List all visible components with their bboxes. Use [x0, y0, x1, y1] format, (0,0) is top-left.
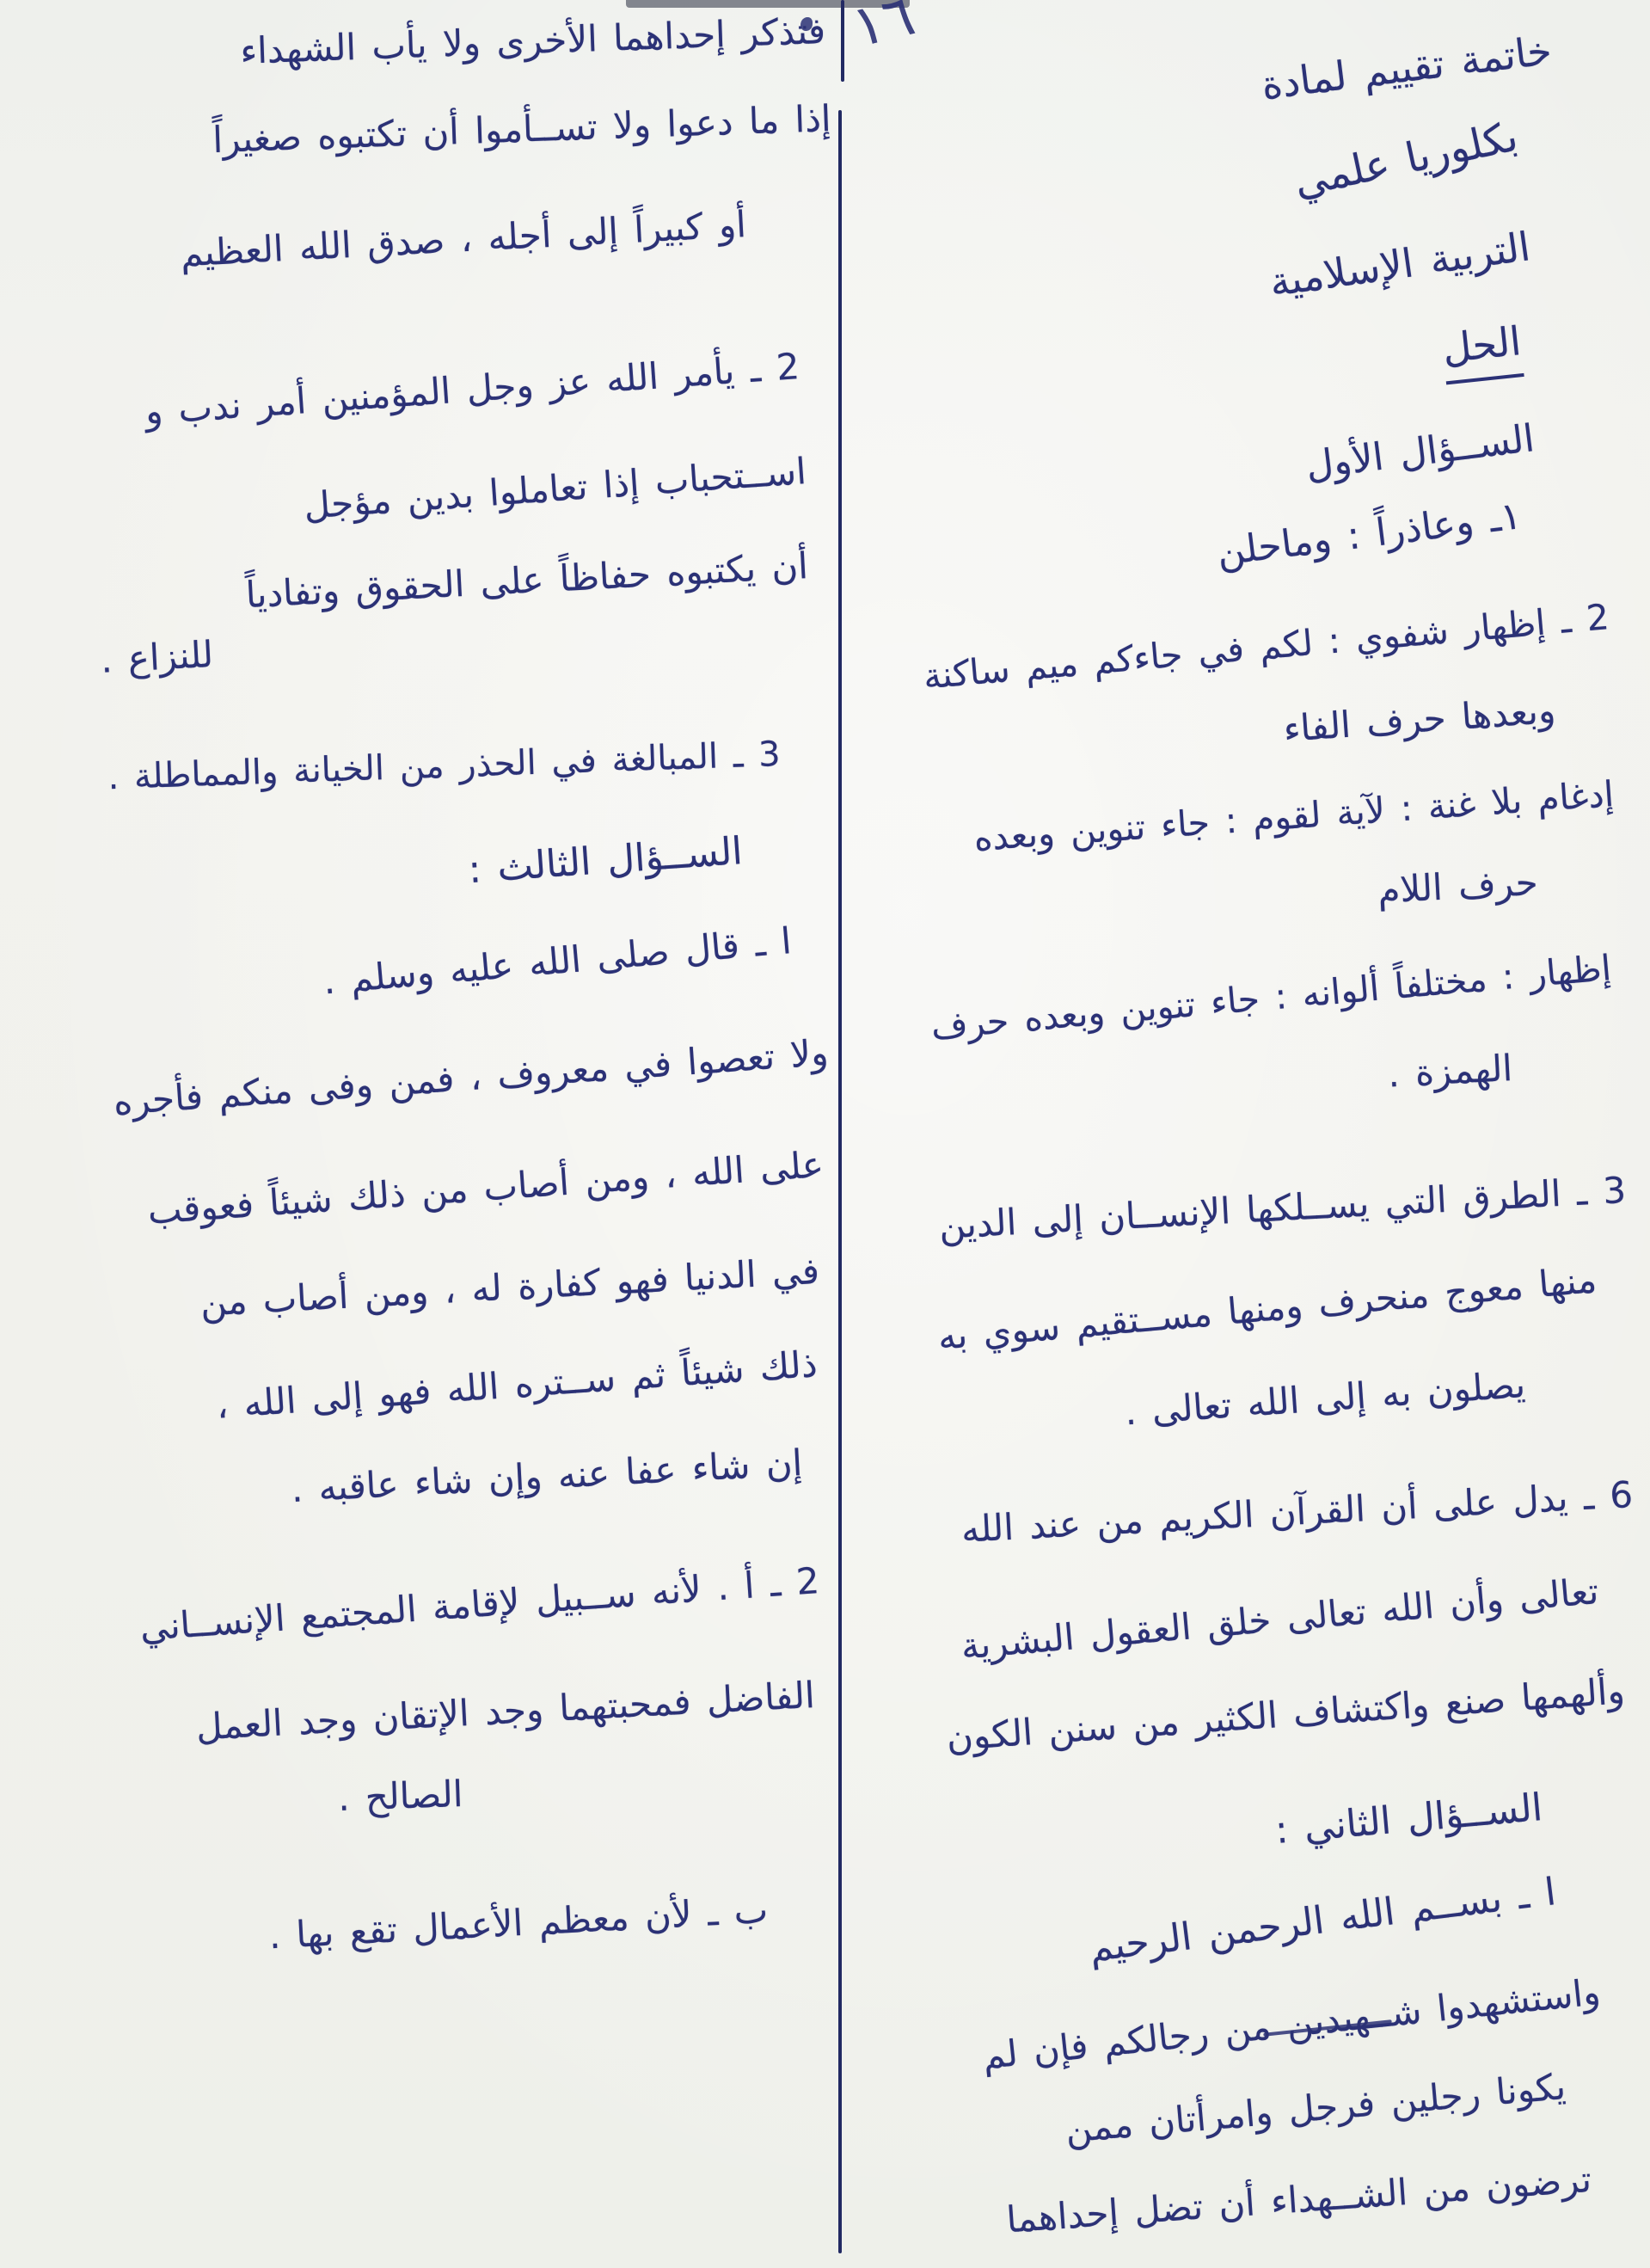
handwritten-line: إذا ما دعوا ولا تســأموا أن تكتبوه صغيرا… [212, 96, 831, 163]
handwritten-line: ذلك شيئاً ثم ســتره الله فهو إلى الله ، [215, 1342, 819, 1429]
handwritten-line: ترضون من الشــهداء أن تضل إحداهما [1005, 2157, 1593, 2243]
handwritten-line: على الله ، ومن أصاب من ذلك شيئاً فعوقب [146, 1142, 825, 1234]
handwritten-line: إظهار : مختلفاً ألوانه : جاء تنوين وبعده… [929, 946, 1613, 1049]
handwritten-line: ولا تعصوا في معروف ، فمن وفى منكم فأجره [112, 1030, 830, 1125]
handwritten-line: 2 ـ يأمر الله عز وجل المؤمنين أمر ندب و [144, 344, 800, 435]
handwritten-line: الهمزة . [1387, 1046, 1514, 1097]
handwritten-line: تعالى وأن الله تعالى خلق العقول البشرية [960, 1569, 1601, 1669]
handwritten-line: حرف اللام [1377, 860, 1539, 913]
handwritten-line: في الدنيا فهو كفارة له ، ومن أصاب من [199, 1249, 821, 1326]
handwritten-line: 3 ـ المبالغة في الحذر من الخيانة والمماط… [107, 733, 782, 799]
handwritten-line: إدغام بلا غنة : لآية لقوم : جاء تنوين وب… [972, 772, 1616, 861]
question-heading: الســؤال الأول [1303, 415, 1537, 489]
handwritten-line: وبعدها حرف الفاء [1282, 688, 1557, 752]
handwritten-line: إن شاء عفا عنه وإن شاء عاقبه . [290, 1441, 803, 1513]
basmala-line: ا ـ بســم الله الرحمن الرحيم [1087, 1868, 1559, 1972]
column-divider-line [838, 110, 842, 2253]
left-column: فتذكر إحداهما الأخرى ولا يأب الشهداء إذا… [0, 0, 832, 2268]
handwritten-line: اســتحباب إذا تعاملوا بدين مؤجل [303, 449, 808, 529]
column-divider-line [841, 0, 844, 82]
question-heading: الســؤال الثالث : [467, 827, 744, 894]
handwritten-line: منها معوج منحرف ومنها مســتقيم سوي به [936, 1257, 1598, 1360]
handwritten-line: الفاضل فمحبتهما وجد الإتقان وجد العمل [195, 1673, 816, 1750]
handwritten-line: واستشهدوا شــهيدين من رجالكم فإن لم [980, 1970, 1602, 2080]
subject-line: التربية الإسلامية [1267, 222, 1533, 307]
handwritten-line: أو كبيراً إلى أجله ، صدق الله العظيم [180, 202, 748, 277]
handwritten-line: يصلون به إلى الله تعالى . [1124, 1362, 1527, 1435]
question-heading: الســؤال الثاني : [1273, 1784, 1544, 1854]
handwritten-line: 2 ـ إظهار شفوي : لكم في جاءكم ميم ساكنة [922, 595, 1611, 699]
handwritten-line: 2 ـ أ . لأنه ســبيل لإقامة المجتمع الإنس… [138, 1558, 821, 1651]
handwritten-line: 6 ـ يدل على أن القرآن الكريم من عند الله [960, 1472, 1635, 1552]
handwritten-line: ب ـ لأن معظم الأعمال تقع بها . [267, 1888, 769, 1959]
right-column: خاتمة تقييم لمادة بكلوريا علمي التربية ا… [847, 0, 1650, 2268]
handwritten-line: ا ـ قال صلى الله عليه وسلم . [322, 919, 794, 1005]
handwritten-line: الصالح . [337, 1772, 463, 1822]
title-line: خاتمة تقييم لمادة [1259, 26, 1555, 110]
solution-heading: الحل [1440, 317, 1524, 384]
scanned-page: ١٦ خاتمة تقييم لمادة بكلوريا علمي التربي… [0, 0, 1650, 2268]
handwritten-line: يكونا رجلين فرجل وامرأتان ممن [1064, 2064, 1567, 2153]
handwritten-line: أن يكتبوه حفاظاً على الحقوق وتفادياً [245, 544, 810, 618]
handwritten-line: 3 ـ الطرق التي يســلكها الإنســان إلى ال… [938, 1168, 1628, 1249]
handwritten-line: ١ـ وعاذراً : وماحلن [1215, 492, 1524, 576]
title-line: بكلوريا علمي [1289, 111, 1522, 209]
handwritten-line: للنزاع . [100, 632, 215, 683]
handwritten-line: وألهمها صنع واكتشاف الكثير من سنن الكون [945, 1669, 1626, 1761]
handwritten-line: فتذكر إحداهما الأخرى ولا يأب الشهداء [240, 9, 826, 74]
